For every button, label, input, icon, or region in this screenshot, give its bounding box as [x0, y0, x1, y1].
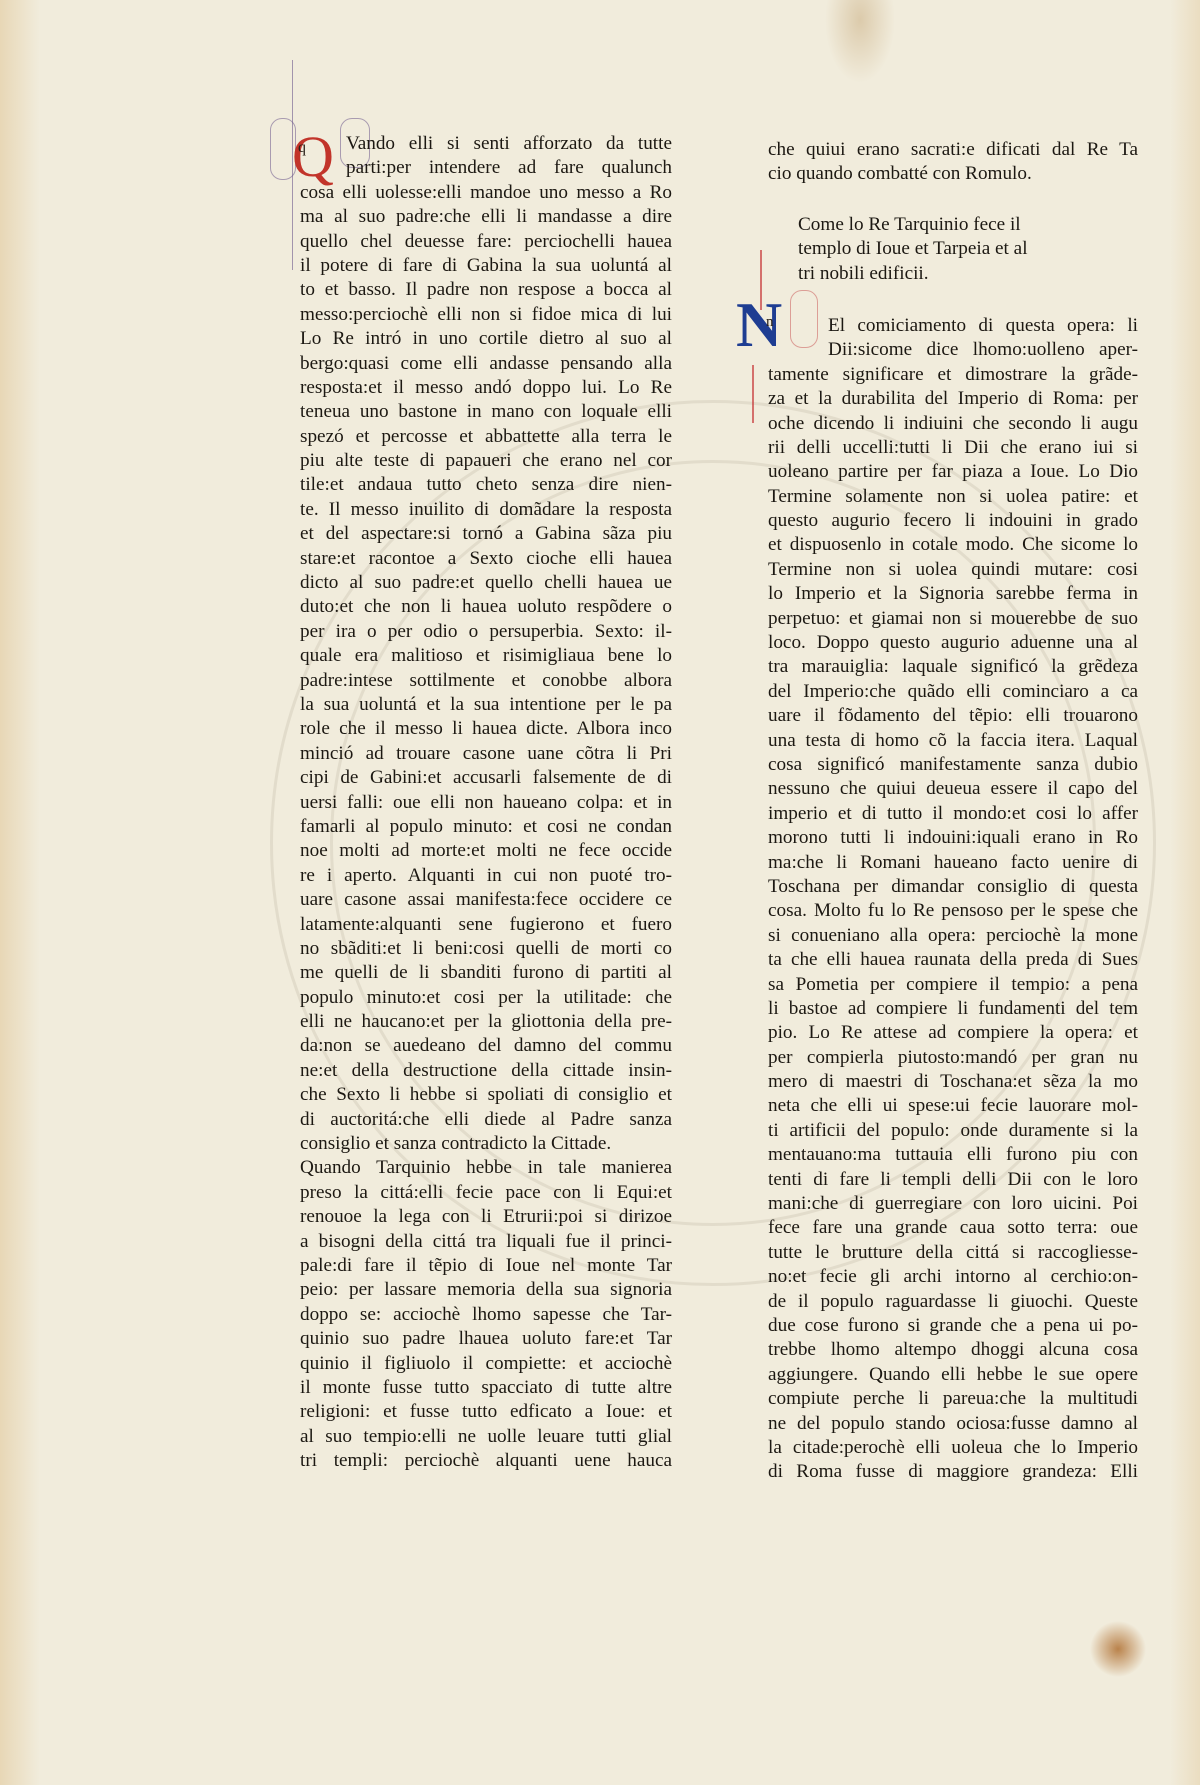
text-line: ma:che li Romani haueano facto uenire di — [768, 851, 1138, 875]
text-line: che Sexto li hebbe si spoliati di consig… — [300, 1083, 672, 1107]
text-line: il potere di fare di Gabina la sua uolun… — [300, 254, 672, 278]
text-line: spezó et percosse et abbattette alla ter… — [300, 425, 672, 449]
chapter-body: El comiciamento di questa opera: liDii:s… — [768, 314, 1138, 1485]
text-line: religioni: et fusse tutto edficato a Iou… — [300, 1400, 672, 1424]
text-line: la citade:perochè elli uoleua che lo Imp… — [768, 1436, 1138, 1460]
text-line: questo augurio fecero li indouini in gra… — [768, 509, 1138, 533]
text-line: role che il messo li hauea dicte. Albora… — [300, 717, 672, 741]
text-line: compiute perche li pareua:che la multitu… — [768, 1387, 1138, 1411]
text-line: de il populo raguardasse li giuochi. Que… — [768, 1290, 1138, 1314]
text-line: uoleano partire per far piaza a Ioue. Lo… — [768, 460, 1138, 484]
text-line: Come lo Re Tarquinio fece il — [798, 213, 1138, 237]
text-line: elli ne haucano:et per la gliottonia del… — [300, 1010, 672, 1034]
text-line: pio. Lo Re attese ad compiere la opera: … — [768, 1021, 1138, 1045]
text-line: tra marauiglia: laquale significó la grẽ… — [768, 655, 1138, 679]
manuscript-page: Q q Vando elli si senti afforzato da tut… — [0, 0, 1200, 1785]
text-line: re i aperto. Alquanti in cui non puoté t… — [300, 864, 672, 888]
text-line: quale era malitioso et risimigliaua bene… — [300, 644, 672, 668]
text-line: tenti di fare li templi delli Dii con le… — [768, 1168, 1138, 1192]
text-line: lo Imperio et la Signoria sarebbe ferma … — [768, 582, 1138, 606]
text-line: loco. Doppo questo augurio aduenne una a… — [768, 631, 1138, 655]
text-line: mero di maestri di Toschana:et sẽza la m… — [768, 1070, 1138, 1094]
text-line: latamente:alquanti sene fugierono et fue… — [300, 913, 672, 937]
text-line: no:et fecie gli archi intorno al cerchio… — [768, 1265, 1138, 1289]
text-line: quinio il figliuolo il compiette: et acc… — [300, 1352, 672, 1376]
text-line: renouoe la lega con li Etrurii:poi si di… — [300, 1205, 672, 1229]
text-line: una testa di homo cõ la faccia itera. La… — [768, 729, 1138, 753]
text-line: me quelli de li sbanditi furono di parti… — [300, 961, 672, 985]
text-line: Quando Tarquinio hebbe in tale manierea — [300, 1156, 672, 1180]
text-line: tamente significare et dimostrare la grã… — [768, 363, 1138, 387]
text-line: ma al suo padre:che elli li mandasse a d… — [300, 205, 672, 229]
text-line: to et basso. Il padre non respose a bocc… — [300, 278, 672, 302]
text-line: cio quando combatté con Romulo. — [768, 162, 1138, 186]
text-line: dicto al suo padre:et quello chelli haue… — [300, 571, 672, 595]
continued-text: che quiui erano sacrati:e dificati dal R… — [768, 138, 1138, 187]
text-line: uersi falli: oue elli non haueano colpa:… — [300, 791, 672, 815]
text-line: famarli al populo minuto: et cosi ne con… — [300, 815, 672, 839]
text-line: no sbãditi:et li beni:cosi quelli de mor… — [300, 937, 672, 961]
text-line: resposta:et il messo andó doppo lui. Lo … — [300, 376, 672, 400]
text-line: Vando elli si senti afforzato da tutte — [300, 132, 672, 156]
text-line: templo di Ioue et Tarpeia et al — [798, 237, 1138, 261]
text-line: tri nobili edificii. — [798, 262, 1138, 286]
text-line: oche dicendo li indiuini che secondo li … — [768, 412, 1138, 436]
text-line: rii delli uccelli:tutti li Dii che erano… — [768, 436, 1138, 460]
text-line: et dispuosenlo in cotale modo. Che sicom… — [768, 533, 1138, 557]
text-line: duto:et che non li hauea uoluto respõder… — [300, 595, 672, 619]
text-line: Dii:sicome dice lhomo:uolleno aper- — [768, 338, 1138, 362]
text-line: messo:perciochè elli non si fidoe mica d… — [300, 303, 672, 327]
chapter-heading: Come lo Re Tarquinio fece iltemplo di Io… — [768, 213, 1138, 286]
text-line: za et la durabilita del Imperio di Roma:… — [768, 387, 1138, 411]
text-line: morono tutti li indouini:iquali erano in… — [768, 826, 1138, 850]
text-line: sa Pometia per compiere il tempio: a pen… — [768, 973, 1138, 997]
text-line: cosa significó manifestamente sanza dubi… — [768, 753, 1138, 777]
text-line: piu alte teste di papaueri che erano nel… — [300, 449, 672, 473]
text-line: al suo tempio:elli ne uolle leuare tutti… — [300, 1425, 672, 1449]
text-line: aggiungere. Quando elli hebbe le sue ope… — [768, 1363, 1138, 1387]
text-line: che quiui erano sacrati:e dificati dal R… — [768, 138, 1138, 162]
red-pen-stroke-bottom — [752, 365, 754, 423]
text-line: Lo Re intró in uno cortile dietro al suo… — [300, 327, 672, 351]
text-line: parti:per intendere ad fare qualunch — [300, 156, 672, 180]
text-line: tile:et andaua tutto cheto senza dire ni… — [300, 473, 672, 497]
text-line: la sua uoluntá et la sua intentione per … — [300, 693, 672, 717]
text-line: per compierla piutosto:mandó per gran nu — [768, 1046, 1138, 1070]
text-line: ta che elli hauea raunata della preda di… — [768, 948, 1138, 972]
text-line: si conueniano alla opera: perciochè la m… — [768, 924, 1138, 948]
text-line: ti artificii del populo: onde duramente … — [768, 1119, 1138, 1143]
text-line: cosa elli uolesse:elli mandoe uno messo … — [300, 181, 672, 205]
text-line: del Imperio:che quãdo elli cominciaro a … — [768, 680, 1138, 704]
text-line: uare il fõdamento del tẽpio: elli trouar… — [768, 704, 1138, 728]
text-line: te. Il messo inuilito di domãdare la res… — [300, 498, 672, 522]
text-line: imperio et di tutto il mondo:et cosi lo … — [768, 802, 1138, 826]
text-line: teneua uno bastone in mano con loquale e… — [300, 400, 672, 424]
text-line: stare:et racontoe a Sexto cioche elli ha… — [300, 547, 672, 571]
text-line: trebbe lhomo altempo dhoggi alcuna cosa — [768, 1338, 1138, 1362]
text-line: consiglio et sanza contradicto la Cittad… — [300, 1132, 672, 1156]
text-line: ne del populo stando ociosa:fusse damno … — [768, 1412, 1138, 1436]
text-line: Termine non si uolea quindi mutare: cosi — [768, 558, 1138, 582]
text-line: a bisogni della cittá tra liquali fue il… — [300, 1230, 672, 1254]
text-line: di Roma fusse di maggiore grandeza: Elli — [768, 1460, 1138, 1484]
text-line: peio: per lassare memoria della sua sign… — [300, 1278, 672, 1302]
text-line: tutte le brutture della cittá si raccogl… — [768, 1241, 1138, 1265]
text-line: preso la cittá:elli fecie pace con li Eq… — [300, 1181, 672, 1205]
text-line: Termine solamente non si uolea patire: e… — [768, 485, 1138, 509]
text-line: per ira o per odio o persuperbia. Sexto:… — [300, 620, 672, 644]
text-line: da:non se auedeano del damno del commu — [300, 1034, 672, 1058]
text-line: fece fare una grande caua sotto terra: o… — [768, 1216, 1138, 1240]
text-line: minció ad trouare casone uane cõtra li P… — [300, 742, 672, 766]
text-line: El comiciamento di questa opera: li — [768, 314, 1138, 338]
text-line: Toschana per dimandar consiglio di quest… — [768, 875, 1138, 899]
text-line: bergo:quasi come elli andasse pensando a… — [300, 352, 672, 376]
text-line: uare casone assai manifesta:fece occider… — [300, 888, 672, 912]
text-line: mani:che di guerregiare con loro uicini.… — [768, 1192, 1138, 1216]
text-line: il monte fusse tutto spacciato di tutte … — [300, 1376, 672, 1400]
text-line: tri templi: perciochè alquanti uene hauc… — [300, 1449, 672, 1473]
text-line: due cose furono si grande che a pena ui … — [768, 1314, 1138, 1338]
text-line: perpetuo: et giamai non si mouerebbe de … — [768, 607, 1138, 631]
text-line: quello chel deuesse fare: perciochelli h… — [300, 230, 672, 254]
text-line: pale:di fare il tẽpio di Ioue nel monte … — [300, 1254, 672, 1278]
text-line: cipi de Gabini:et accusarli falsemente d… — [300, 766, 672, 790]
text-line: populo minuto:et cosi per la utilitade: … — [300, 986, 672, 1010]
text-line: noe molti ad morte:et molti ne fece occi… — [300, 839, 672, 863]
text-line: doppo se: acciochè lhomo sapesse che Tar… — [300, 1303, 672, 1327]
right-text-column: che quiui erano sacrati:e dificati dal R… — [768, 138, 1138, 1485]
text-line: nessuno che quiui deueua essere il capo … — [768, 777, 1138, 801]
text-line: li bastoe ad compiere li fundamenti del … — [768, 997, 1138, 1021]
text-line: di auctoritá:che elli diede al Padre san… — [300, 1108, 672, 1132]
text-line: neta che elli ui spese:ui fecie lauorare… — [768, 1094, 1138, 1118]
text-line: et del aspectare:si tornó a Gabina sãza … — [300, 522, 672, 546]
text-line: ne:et della destructione della cittade i… — [300, 1059, 672, 1083]
text-line: cosa. Molto fu lo Re pensoso per le spes… — [768, 899, 1138, 923]
text-line: padre:intese sottilmente et conobbe albo… — [300, 669, 672, 693]
text-line: mentauano:ma tuttauia elli furono piu co… — [768, 1143, 1138, 1167]
left-text-column: Vando elli si senti afforzato da tuttepa… — [300, 132, 672, 1473]
text-line: quinio suo padre lhauea uoluto fare:et T… — [300, 1327, 672, 1351]
